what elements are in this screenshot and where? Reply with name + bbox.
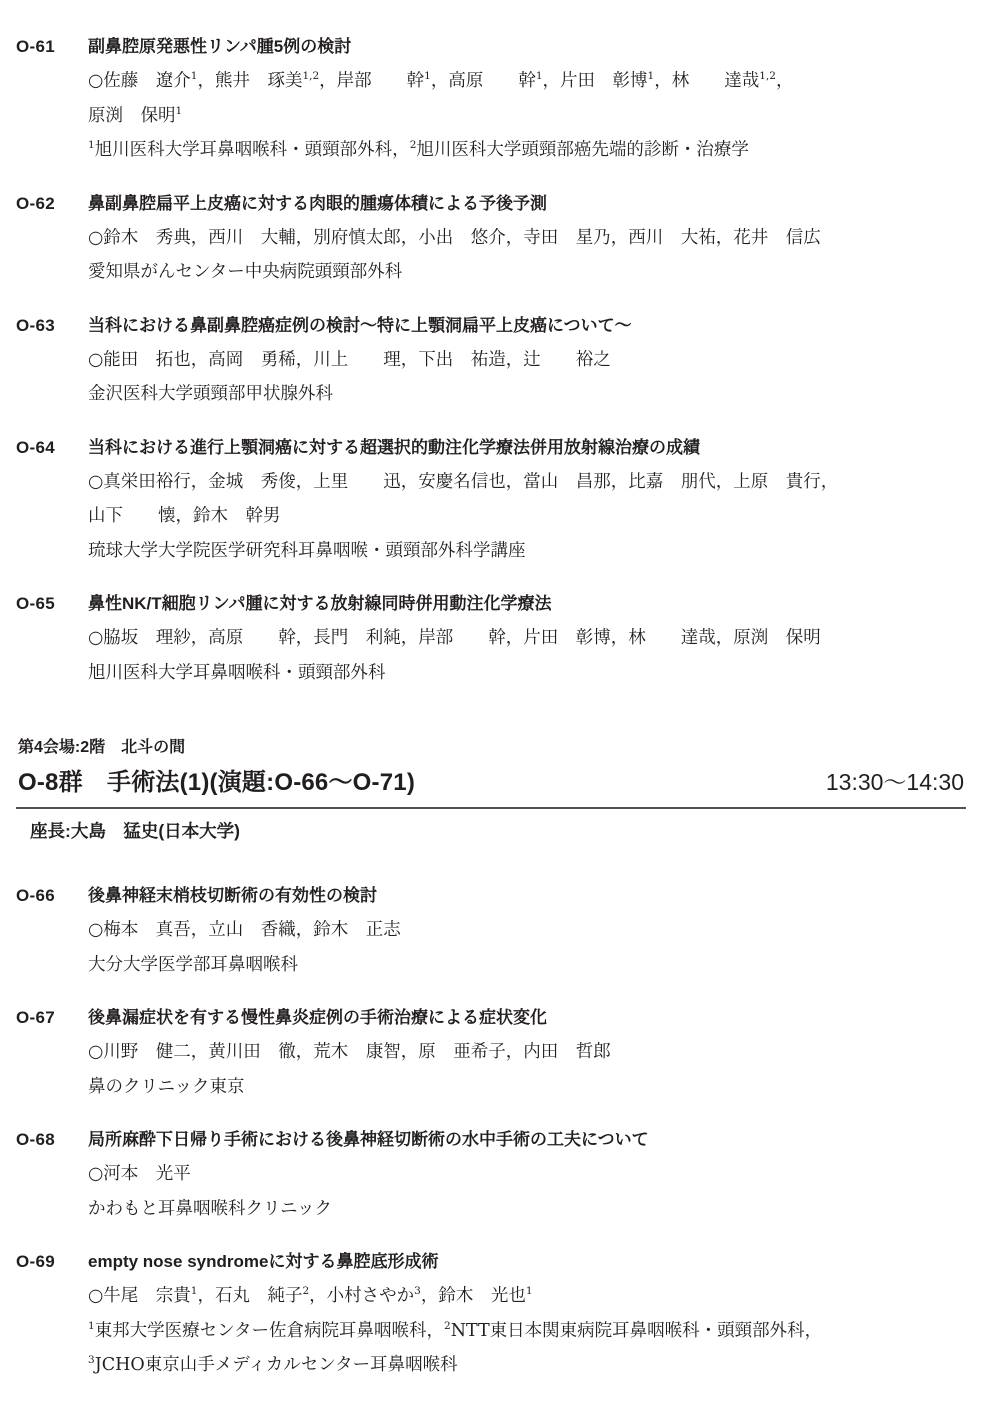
entry-code: O-64 xyxy=(16,431,88,465)
entry-body: ○能田 拓也，高岡 勇稀，川上 理，下出 祐造，辻 裕之 金沢医科大学頭頸部甲状… xyxy=(88,343,966,412)
entry-title: 鼻副鼻腔扁平上皮癌に対する肉眼的腫瘍体積による予後予測 xyxy=(88,187,547,221)
entry-title: 後鼻漏症状を有する慢性鼻炎症例の手術治療による症状変化 xyxy=(88,1001,547,1035)
entry-head: O-66 後鼻神経末梢枝切断術の有効性の検討 xyxy=(16,879,966,913)
session-title: O-8群 手術法(1)(演題:O-66〜O-71) xyxy=(18,762,415,797)
program-entry: O-62 鼻副鼻腔扁平上皮癌に対する肉眼的腫瘍体積による予後予測 ○鈴木 秀典，… xyxy=(16,187,966,290)
program-entry: O-66 後鼻神経末梢枝切断術の有効性の検討 ○梅本 真吾，立山 香織，鈴木 正… xyxy=(16,879,966,982)
entry-code: O-61 xyxy=(16,30,88,64)
entry-code: O-66 xyxy=(16,879,88,913)
entry-title: 鼻性NK/T細胞リンパ腫に対する放射線同時併用動注化学療法 xyxy=(88,587,551,621)
entry-title: 後鼻神経末梢枝切断術の有効性の検討 xyxy=(88,879,377,913)
entry-head: O-61 副鼻腔原発悪性リンパ腫5例の検討 xyxy=(16,30,966,64)
entry-code: O-65 xyxy=(16,587,88,621)
entry-body: ○佐藤 遼介1，熊井 琢美1,2，岸部 幹1，高原 幹1，片田 彰博1，林 達哉… xyxy=(88,64,966,168)
authors-line: ○河本 光平 xyxy=(88,1157,966,1192)
authors-line: ○鈴木 秀典，西川 大輔，別府慎太郎，小出 悠介，寺田 星乃，西川 大祐，花井 … xyxy=(88,221,966,256)
entry-code: O-68 xyxy=(16,1123,88,1157)
affiliation-line: 金沢医科大学頭頸部甲状腺外科 xyxy=(88,377,966,412)
program-entry: O-68 局所麻酔下日帰り手術における後鼻神経切断術の水中手術の工夫について ○… xyxy=(16,1123,966,1226)
program-entry: O-63 当科における鼻副鼻腔癌症例の検討〜特に上顎洞扁平上皮癌について〜 ○能… xyxy=(16,309,966,412)
affiliation-line: 1東邦大学医療センター佐倉病院耳鼻咽喉科，2NTT東日本関東病院耳鼻咽喉科・頭頸… xyxy=(88,1314,966,1349)
authors-line: ○能田 拓也，高岡 勇稀，川上 理，下出 祐造，辻 裕之 xyxy=(88,343,966,378)
affiliation-line: 1旭川医科大学耳鼻咽喉科・頭頸部外科，2旭川医科大学頭頸部癌先端的診断・治療学 xyxy=(88,133,966,168)
affiliation-line: 大分大学医学部耳鼻咽喉科 xyxy=(88,948,966,983)
entry-head: O-64 当科における進行上顎洞癌に対する超選択的動注化学療法併用放射線治療の成… xyxy=(16,431,966,465)
entry-code: O-63 xyxy=(16,309,88,343)
authors-line: ○牛尾 宗貴1，石丸 純子2，小村さやか3，鈴木 光也1 xyxy=(88,1279,966,1314)
affiliation-line: 愛知県がんセンター中央病院頭頸部外科 xyxy=(88,255,966,290)
entry-head: O-68 局所麻酔下日帰り手術における後鼻神経切断術の水中手術の工夫について xyxy=(16,1123,966,1157)
program-entry: O-69 empty nose syndromeに対する鼻腔底形成術 ○牛尾 宗… xyxy=(16,1245,966,1383)
program-entry: O-64 当科における進行上顎洞癌に対する超選択的動注化学療法併用放射線治療の成… xyxy=(16,431,966,569)
authors-line: ○川野 健二，黄川田 徹，荒木 康智，原 亜希子，内田 哲郎 xyxy=(88,1035,966,1070)
entry-head: O-63 当科における鼻副鼻腔癌症例の検討〜特に上顎洞扁平上皮癌について〜 xyxy=(16,309,966,343)
entry-title: 当科における進行上顎洞癌に対する超選択的動注化学療法併用放射線治療の成績 xyxy=(88,431,700,465)
program-entry: O-65 鼻性NK/T細胞リンパ腫に対する放射線同時併用動注化学療法 ○脇坂 理… xyxy=(16,587,966,690)
session-chair: 座長:大島 猛史(日本大学) xyxy=(16,818,966,843)
authors-line: 原渕 保明1 xyxy=(88,99,966,134)
entry-title: empty nose syndromeに対する鼻腔底形成術 xyxy=(88,1245,438,1279)
affiliation-line: 旭川医科大学耳鼻咽喉科・頭頸部外科 xyxy=(88,656,966,691)
entry-head: O-67 後鼻漏症状を有する慢性鼻炎症例の手術治療による症状変化 xyxy=(16,1001,966,1035)
entry-code: O-62 xyxy=(16,187,88,221)
entry-body: ○脇坂 理紗，高原 幹，長門 利純，岸部 幹，片田 彰博，林 達哉，原渕 保明 … xyxy=(88,621,966,690)
authors-line: ○佐藤 遼介1，熊井 琢美1,2，岸部 幹1，高原 幹1，片田 彰博1，林 達哉… xyxy=(88,64,966,99)
entry-body: ○梅本 真吾，立山 香織，鈴木 正志 大分大学医学部耳鼻咽喉科 xyxy=(88,913,966,982)
session-title-row: O-8群 手術法(1)(演題:O-66〜O-71) 13:30〜14:30 xyxy=(16,762,966,809)
authors-line: ○梅本 真吾，立山 香織，鈴木 正志 xyxy=(88,913,966,948)
entry-body: ○鈴木 秀典，西川 大輔，別府慎太郎，小出 悠介，寺田 星乃，西川 大祐，花井 … xyxy=(88,221,966,290)
entry-title: 副鼻腔原発悪性リンパ腫5例の検討 xyxy=(88,30,351,64)
entry-code: O-69 xyxy=(16,1245,88,1279)
authors-line: ○脇坂 理紗，高原 幹，長門 利純，岸部 幹，片田 彰博，林 達哉，原渕 保明 xyxy=(88,621,966,656)
entry-head: O-62 鼻副鼻腔扁平上皮癌に対する肉眼的腫瘍体積による予後予測 xyxy=(16,187,966,221)
authors-line: 山下 懐，鈴木 幹男 xyxy=(88,499,966,534)
program-entry: O-67 後鼻漏症状を有する慢性鼻炎症例の手術治療による症状変化 ○川野 健二，… xyxy=(16,1001,966,1104)
entry-head: O-69 empty nose syndromeに対する鼻腔底形成術 xyxy=(16,1245,966,1279)
authors-line: ○真栄田裕行，金城 秀俊，上里 迅，安慶名信也，當山 昌那，比嘉 朋代，上原 貴… xyxy=(88,465,966,500)
session-header: 第4会場:2階 北斗の間 O-8群 手術法(1)(演題:O-66〜O-71) 1… xyxy=(16,734,966,843)
affiliation-line: かわもと耳鼻咽喉科クリニック xyxy=(88,1192,966,1227)
program-page: O-61 副鼻腔原発悪性リンパ腫5例の検討 ○佐藤 遼介1，熊井 琢美1,2，岸… xyxy=(0,0,986,1410)
entry-title: 当科における鼻副鼻腔癌症例の検討〜特に上顎洞扁平上皮癌について〜 xyxy=(88,309,632,343)
entry-body: ○川野 健二，黄川田 徹，荒木 康智，原 亜希子，内田 哲郎 鼻のクリニック東京 xyxy=(88,1035,966,1104)
affiliation-line: 3JCHO東京山手メディカルセンター耳鼻咽喉科 xyxy=(88,1348,966,1383)
entry-head: O-65 鼻性NK/T細胞リンパ腫に対する放射線同時併用動注化学療法 xyxy=(16,587,966,621)
session-venue: 第4会場:2階 北斗の間 xyxy=(16,734,966,757)
entry-body: ○牛尾 宗貴1，石丸 純子2，小村さやか3，鈴木 光也1 1東邦大学医療センター… xyxy=(88,1279,966,1383)
entry-body: ○河本 光平 かわもと耳鼻咽喉科クリニック xyxy=(88,1157,966,1226)
entry-title: 局所麻酔下日帰り手術における後鼻神経切断術の水中手術の工夫について xyxy=(88,1123,649,1157)
entry-code: O-67 xyxy=(16,1001,88,1035)
entry-body: ○真栄田裕行，金城 秀俊，上里 迅，安慶名信也，當山 昌那，比嘉 朋代，上原 貴… xyxy=(88,465,966,569)
program-entry: O-61 副鼻腔原発悪性リンパ腫5例の検討 ○佐藤 遼介1，熊井 琢美1,2，岸… xyxy=(16,30,966,168)
affiliation-line: 琉球大学大学院医学研究科耳鼻咽喉・頭頸部外科学講座 xyxy=(88,534,966,569)
session-time: 13:30〜14:30 xyxy=(826,764,964,797)
affiliation-line: 鼻のクリニック東京 xyxy=(88,1070,966,1105)
